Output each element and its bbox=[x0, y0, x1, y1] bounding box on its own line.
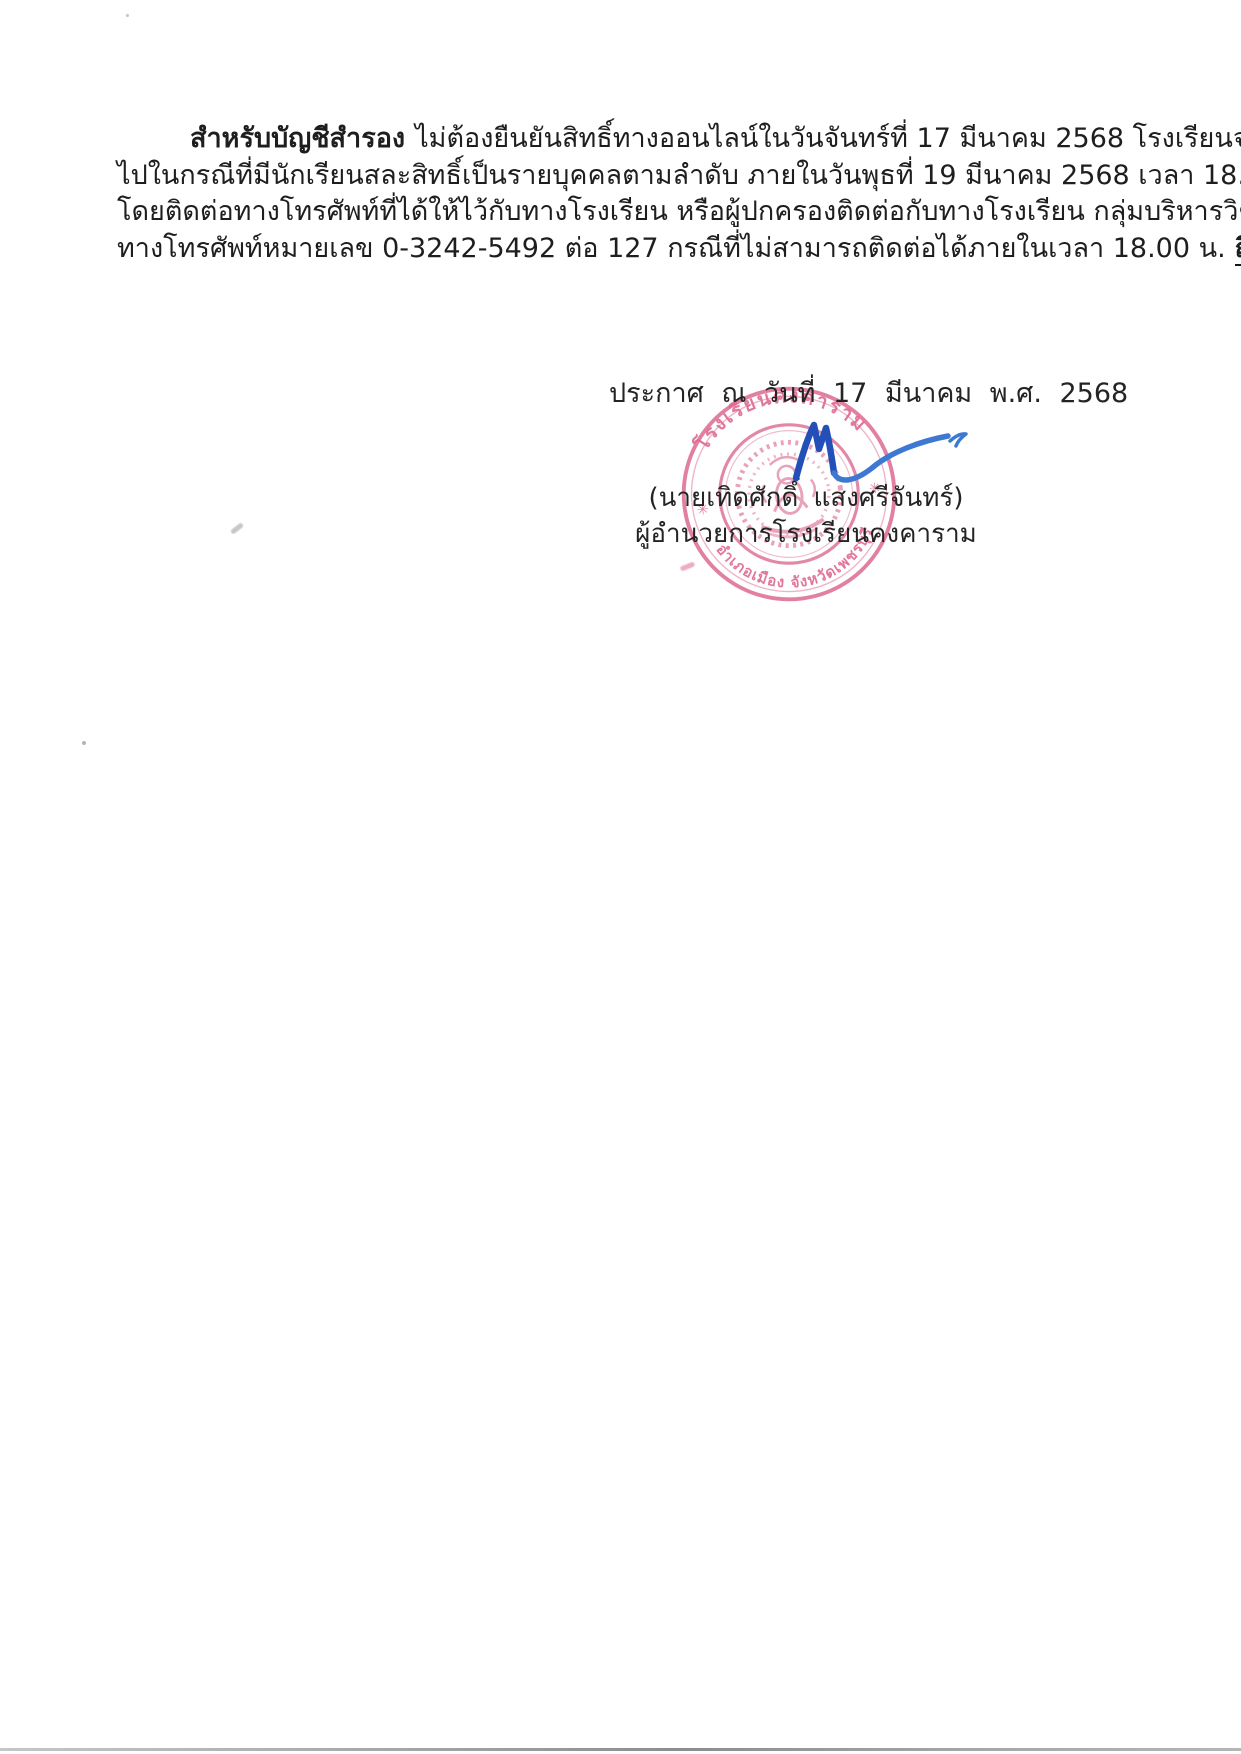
paragraph-line-2: ไปในกรณีที่มีนักเรียนสละสิทธิ์เป็นรายบุค… bbox=[117, 158, 1117, 195]
body-paragraph: สำหรับบัญชีสำรองไม่ต้องยืนยันสิทธิ์ทางออ… bbox=[117, 121, 1117, 267]
signature-tail-tick bbox=[950, 434, 966, 446]
paragraph-line-1-text: ไม่ต้องยืนยันสิทธิ์ทางออนไลน์ในวันจันทร์… bbox=[415, 123, 1241, 154]
paragraph-line-4-underlined-phrase: ถือว่าสละสิทธิ์ bbox=[1235, 233, 1241, 266]
signature-flourish-stroke bbox=[834, 436, 948, 480]
scanned-document-page: สำหรับบัญชีสำรองไม่ต้องยืนยันสิทธิ์ทางออ… bbox=[0, 0, 1241, 1754]
paragraph-line-1: สำหรับบัญชีสำรองไม่ต้องยืนยันสิทธิ์ทางออ… bbox=[117, 121, 1117, 158]
paragraph-line-4: ทางโทรศัพท์หมายเลข 0-3242-5492 ต่อ 127 ก… bbox=[117, 231, 1117, 268]
scan-speck bbox=[126, 14, 129, 17]
paragraph-line-4-text: ทางโทรศัพท์หมายเลข 0-3242-5492 ต่อ 127 ก… bbox=[117, 233, 1226, 264]
scan-smudge bbox=[230, 522, 244, 535]
signature-initial-stroke bbox=[796, 425, 834, 478]
signatory-title: ผู้อำนวยการโรงเรียนคงคาราม bbox=[606, 513, 1006, 554]
paragraph-line-3: โดยติดต่อทางโทรศัพท์ที่ได้ให้ไว้กับทางโร… bbox=[117, 194, 1117, 231]
scan-edge-line bbox=[0, 1748, 1241, 1751]
paragraph-line-1-bold-lead: สำหรับบัญชีสำรอง bbox=[190, 123, 405, 154]
director-signature-ink bbox=[676, 372, 986, 487]
scan-speck bbox=[82, 741, 86, 745]
